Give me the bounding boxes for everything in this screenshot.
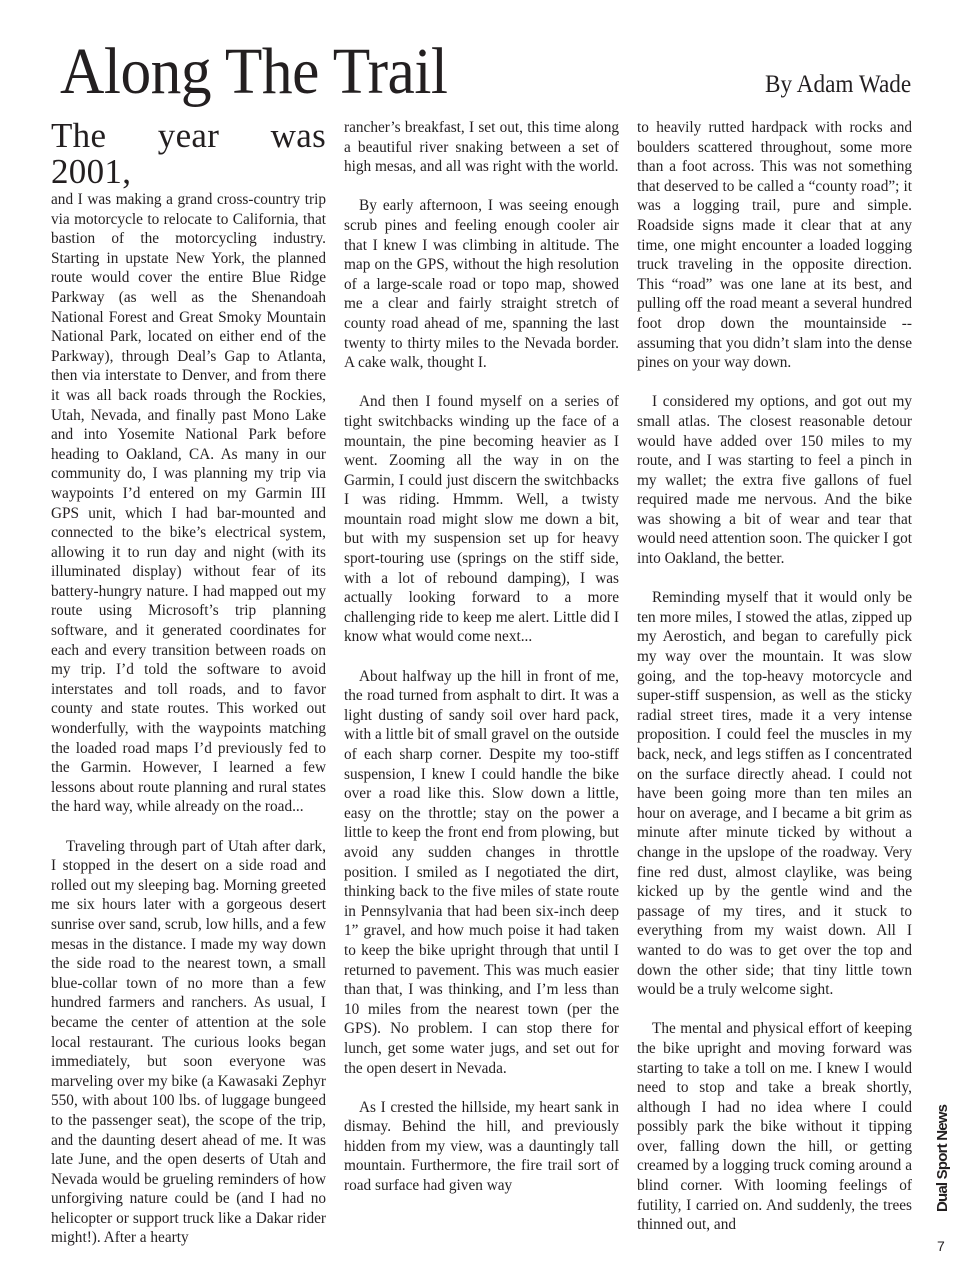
- publication-sidebar: Dual Sport News: [932, 1120, 954, 1212]
- paragraph: And then I found myself on a series of t…: [344, 392, 619, 647]
- paragraph: As I crested the hillside, my heart sank…: [344, 1098, 619, 1196]
- article-column-1: The year was 2001, and I was making a gr…: [51, 118, 326, 1248]
- paragraph: to heavily rutted hardpack with rocks an…: [637, 118, 912, 373]
- article-column-3: to heavily rutted hardpack with rocks an…: [637, 118, 912, 1235]
- paragraph: Traveling through part of Utah after dar…: [51, 837, 326, 1248]
- paragraph: I considered my options, and got out my …: [637, 392, 912, 568]
- paragraph: By early afternoon, I was seeing enough …: [344, 196, 619, 372]
- paragraph: About halfway up the hill in front of me…: [344, 667, 619, 1078]
- lead-in-heading: The year was 2001,: [51, 118, 326, 190]
- paragraph: The mental and physical effort of keepin…: [637, 1019, 912, 1235]
- paragraph: Reminding myself that it would only be t…: [637, 588, 912, 999]
- paragraph: and I was making a grand cross-country t…: [51, 190, 326, 817]
- author-byline: By Adam Wade: [765, 70, 911, 100]
- page-number: 7: [937, 1238, 945, 1254]
- article-column-2: rancher’s breakfast, I set out, this tim…: [344, 118, 619, 1196]
- paragraph: rancher’s breakfast, I set out, this tim…: [344, 118, 619, 177]
- article-title: Along The Trail: [60, 36, 448, 108]
- publication-name: Dual Sport News: [932, 1120, 954, 1212]
